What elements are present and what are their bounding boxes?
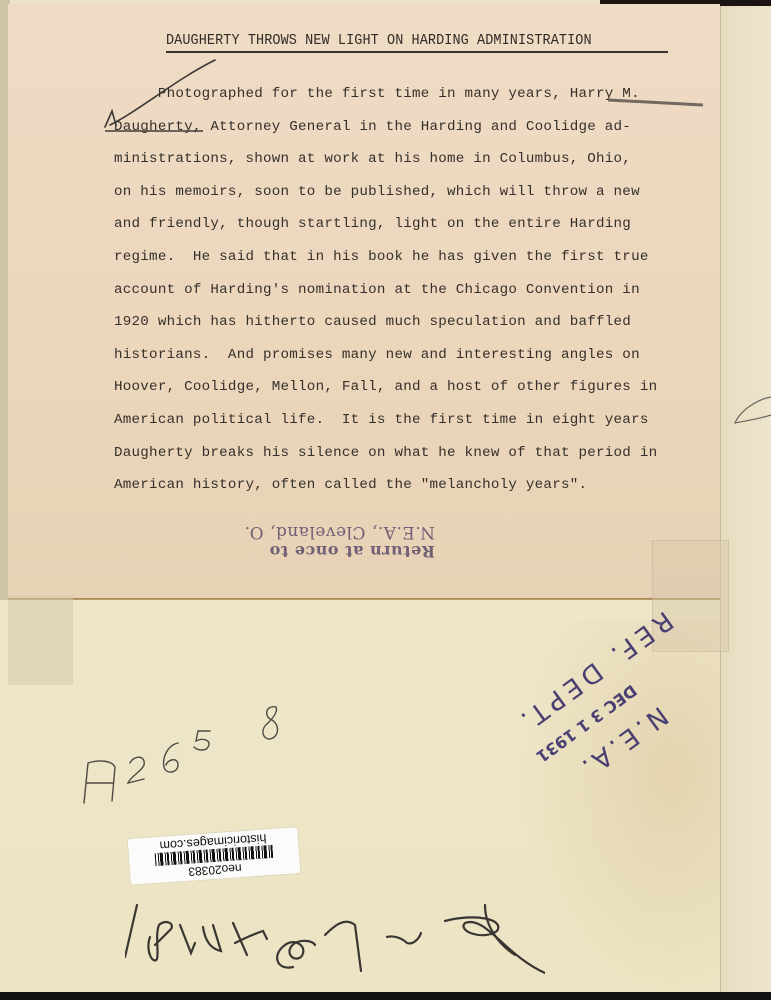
caption-body: Photographed for the first time in many … [114,78,657,502]
barcode-code: neo20383 [188,862,242,879]
caption-line: on his memoirs, soon to be published, wh… [114,176,657,209]
caption-line: American political life. It is the first… [114,404,657,437]
caption-line: account of Harding's nomination at the C… [114,274,657,307]
headline-underline [166,51,668,53]
bottom-edge-shadow [0,992,771,1000]
headline: DAUGHERTY THROWS NEW LIGHT ON HARDING AD… [166,33,592,49]
caption-line: historians. And promises many new and in… [114,339,657,372]
caption-line: 1920 which has hitherto caused much spec… [114,306,657,339]
return-stamp-line1: Return at once to [185,542,435,561]
right-margin-paper [720,0,771,992]
return-stamp-line2: N.E.A., Cleveland, O. [185,522,435,542]
handwritten-archive-number: A 2658 [70,695,290,815]
caption-line: American history, often called the "mela… [114,469,657,502]
caption-line: Hoover, Coolidge, Mellon, Fall, and a ho… [114,371,657,404]
return-stamp: Return at once to N.E.A., Cleveland, O. [185,522,435,561]
tape-left [8,595,73,685]
pencil-check-mark-icon [100,55,220,135]
caption-line: Daugherty breaks his silence on what he … [114,437,657,470]
caption-line: regime. He said that in his book he has … [114,241,657,274]
pencil-margin-mark [733,395,771,431]
caption-line: and friendly, though startling, light on… [114,208,657,241]
handwritten-signature: Dec 6 1714 [125,895,545,990]
ref-dept-stamp: N.E.A. DEC 3 1 1931 REF. DEPT. [495,590,745,780]
caption-line: ministrations, shown at work at his home… [114,143,657,176]
